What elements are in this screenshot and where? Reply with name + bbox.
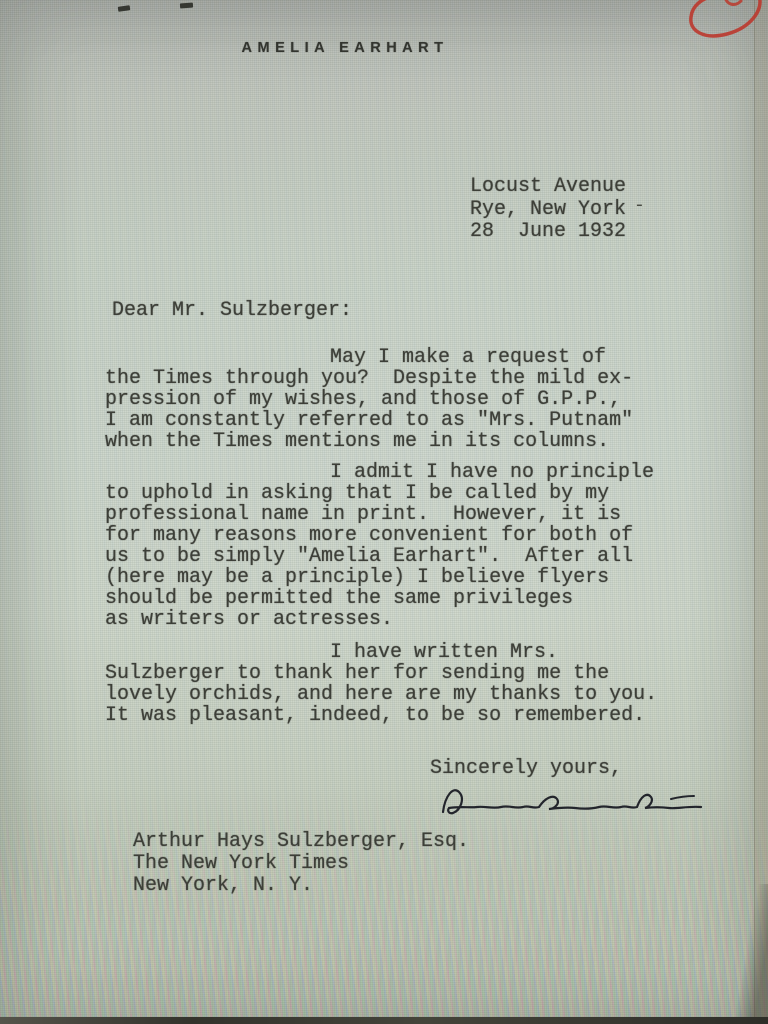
signature-amelia-earhart [435, 778, 707, 824]
text-line: for many reasons more convenient for bot… [105, 525, 654, 546]
sender-address: Locust AvenueRye, New York28 June 1932 [470, 176, 626, 244]
text-line: 28 June 1932 [470, 221, 626, 244]
text-line: the Times through you? Despite the mild … [105, 368, 633, 389]
text-line: (here may be a principle) I believe flye… [105, 567, 654, 588]
text-line: lovely orchids, and here are my thanks t… [105, 684, 657, 705]
body-paragraph-2: I admit I have no principleto uphold in … [105, 462, 654, 630]
text-line: to uphold in asking that I be called by … [105, 483, 654, 504]
salutation: Dear Mr. Sulzberger: [112, 299, 352, 322]
text-line: May I make a request of [105, 347, 633, 368]
recipient-address: Arthur Hays Sulzberger, Esq.The New York… [133, 831, 469, 897]
page-right-edge [754, 0, 768, 1024]
text-line: I have written Mrs. [105, 642, 657, 663]
text-line: us to be simply "Amelia Earhart". After … [105, 546, 654, 567]
text-line: pression of my wishes, and those of G.P.… [105, 389, 633, 410]
text-line: when the Times mentions me in its column… [105, 431, 633, 452]
stray-pen-mark: - [634, 196, 645, 216]
closing: Sincerely yours, [430, 757, 622, 780]
text-line: as writers or actresses. [105, 609, 654, 630]
text-line: Arthur Hays Sulzberger, Esq. [133, 831, 469, 853]
text-line: I admit I have no principle [105, 462, 654, 483]
moire-pattern [0, 789, 768, 1024]
text-line: New York, N. Y. [133, 875, 469, 897]
letterhead: AMELIA EARHART [0, 40, 690, 56]
text-line: Sulzberger to thank her for sending me t… [105, 663, 657, 684]
body-paragraph-3: I have written Mrs.Sulzberger to thank h… [105, 642, 657, 726]
stray-dark-mark [180, 3, 193, 9]
body-paragraph-1: May I make a request ofthe Times through… [105, 347, 633, 452]
text-line: It was pleasant, indeed, to be so rememb… [105, 705, 657, 726]
corner-shadow [734, 884, 768, 1024]
text-line: I am constantly referred to as "Mrs. Put… [105, 410, 633, 431]
text-line: should be permitted the same privileges [105, 588, 654, 609]
text-line: The New York Times [133, 853, 469, 875]
letter-photo: AMELIA EARHART Locust AvenueRye, New Yor… [0, 0, 768, 1024]
text-line: professional name in print. However, it … [105, 504, 654, 525]
text-line: Locust Avenue [470, 176, 626, 199]
page-bottom-edge [0, 1017, 768, 1024]
text-line: Rye, New York [470, 199, 626, 222]
stray-dark-mark [118, 5, 131, 12]
